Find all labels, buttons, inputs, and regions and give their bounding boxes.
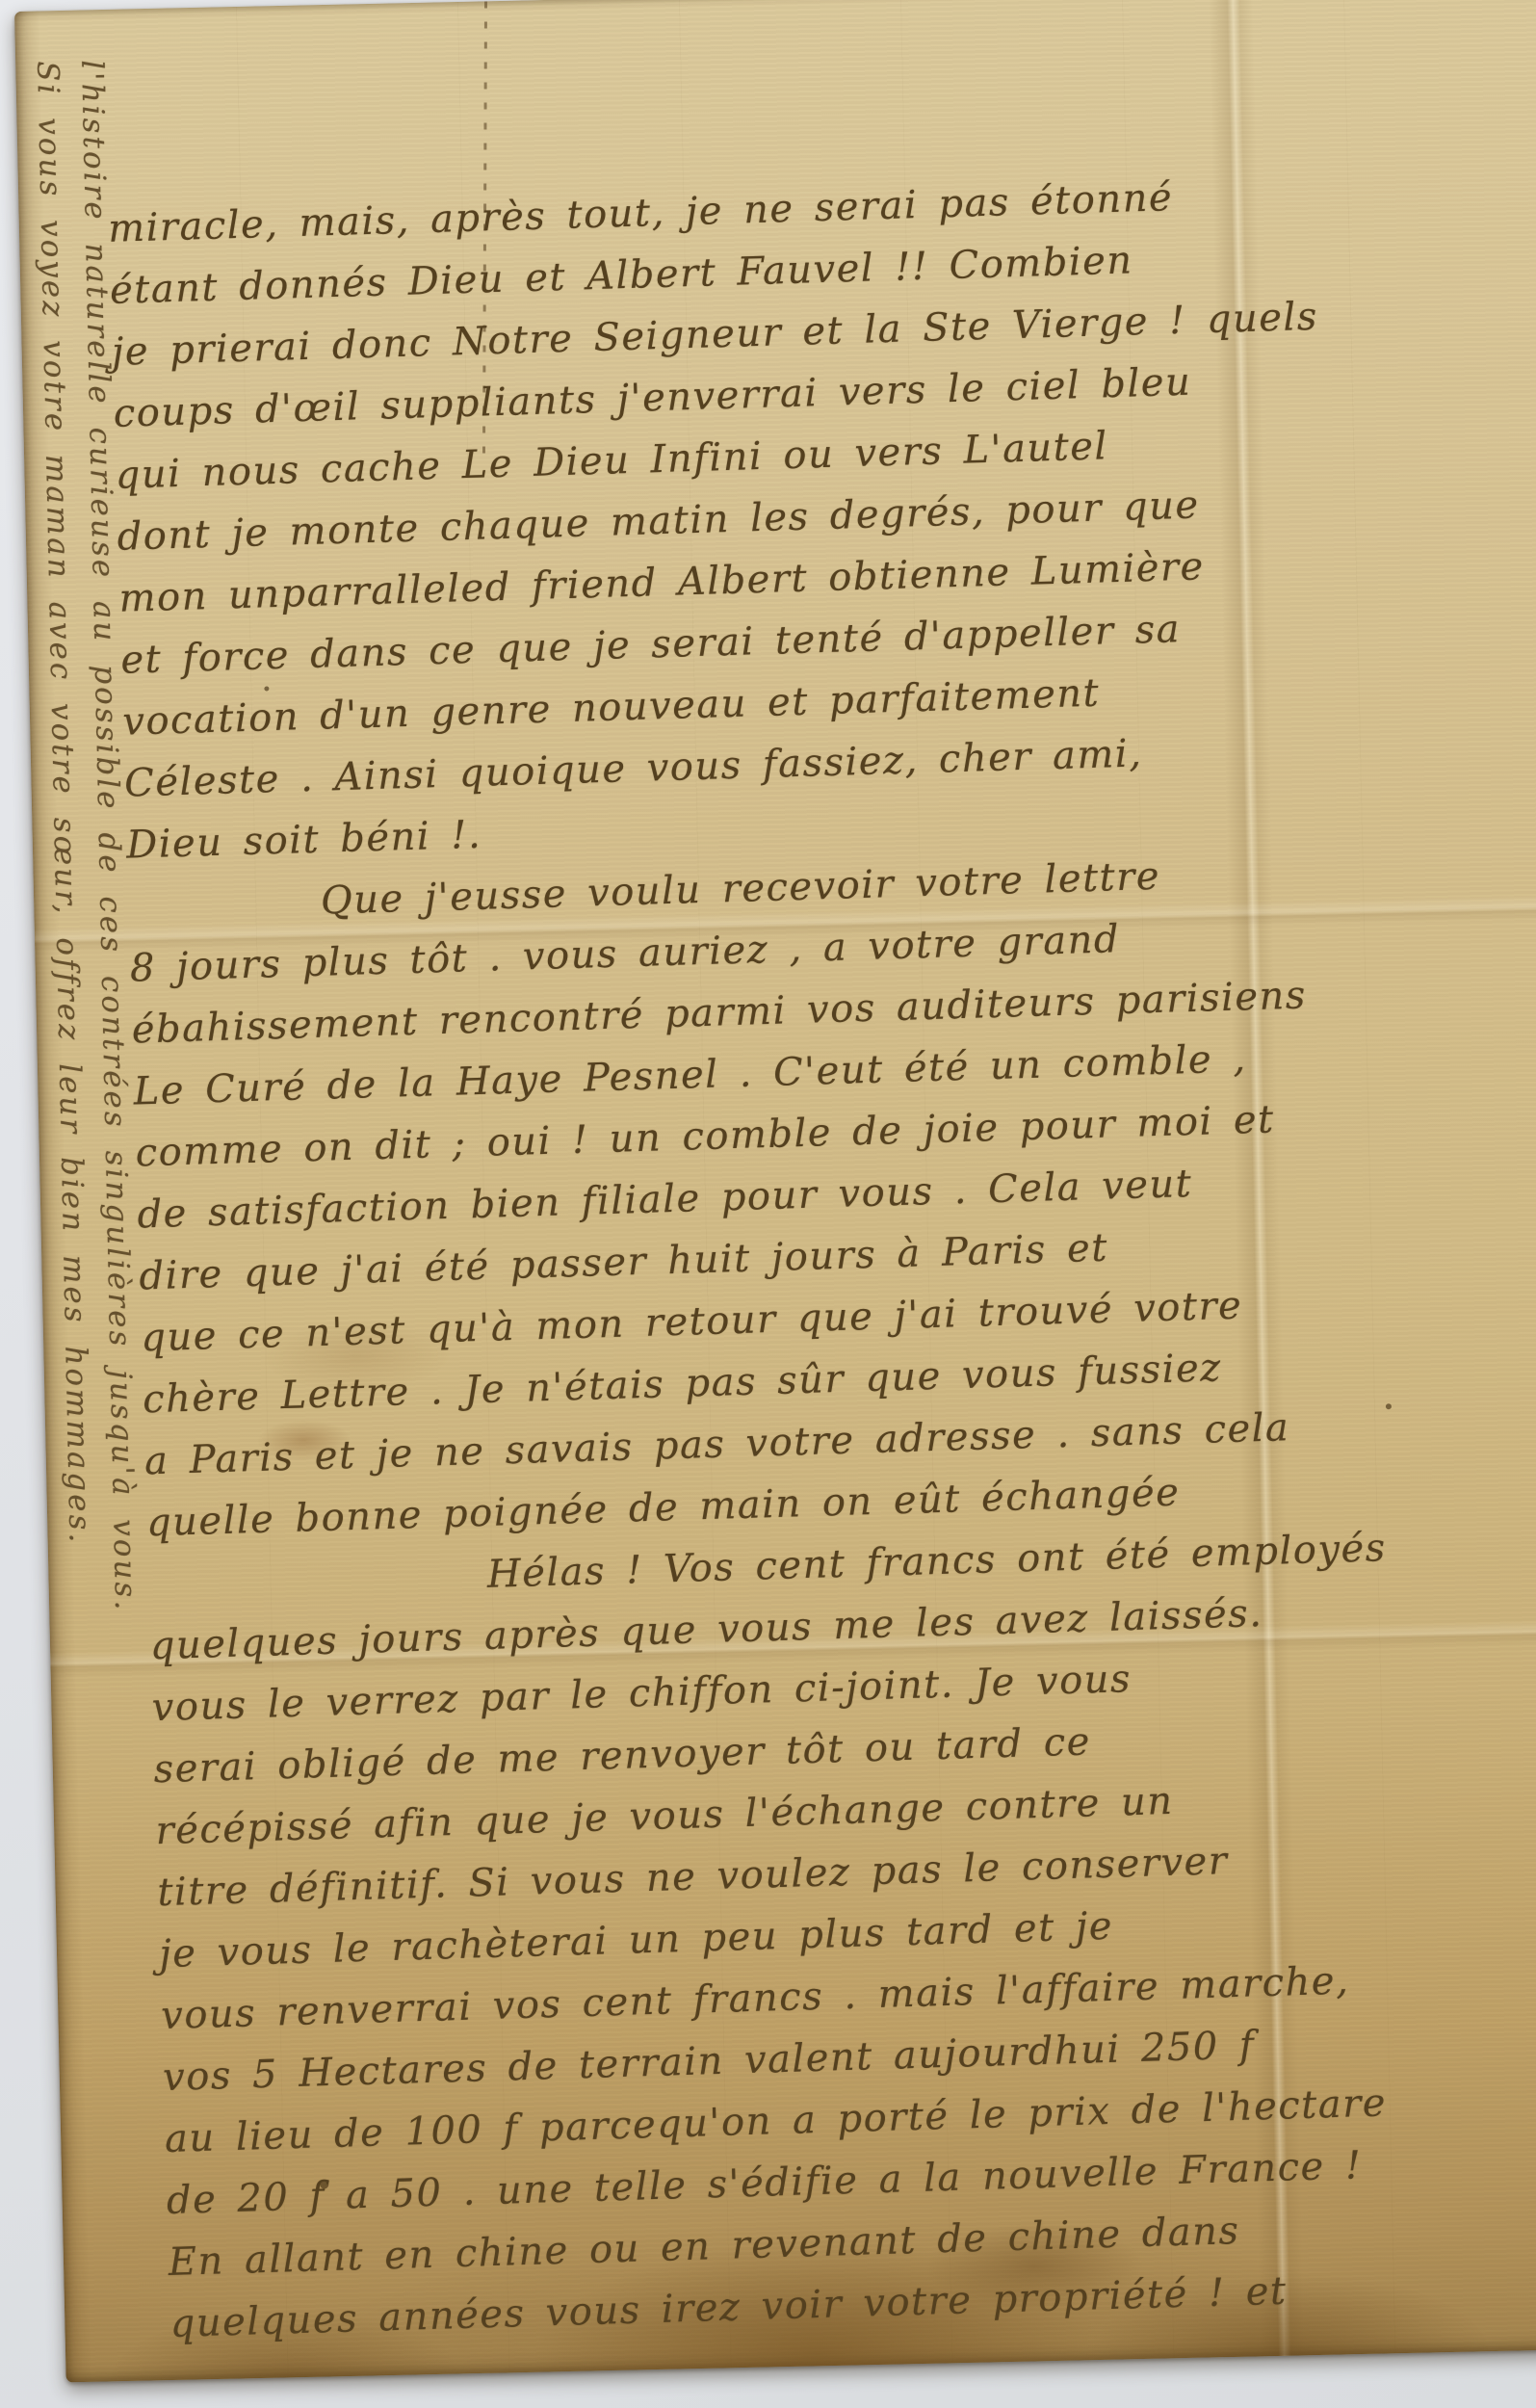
letter-paragraph: miracle, mais, après tout, je ne serai p…	[107, 156, 1536, 877]
letter-paragraph: Que j'eusse voulu recevoir votre lettre8…	[127, 834, 1536, 1555]
photo-backdrop: l'histoire naturelle curieuse au possibl…	[0, 0, 1536, 2408]
letter-body: miracle, mais, après tout, je ne serai p…	[107, 156, 1536, 2355]
letter-paragraph: Hélas ! Vos cent francs ont été employés…	[147, 1511, 1536, 2355]
letter-page: l'histoire naturelle curieuse au possibl…	[14, 0, 1536, 2382]
